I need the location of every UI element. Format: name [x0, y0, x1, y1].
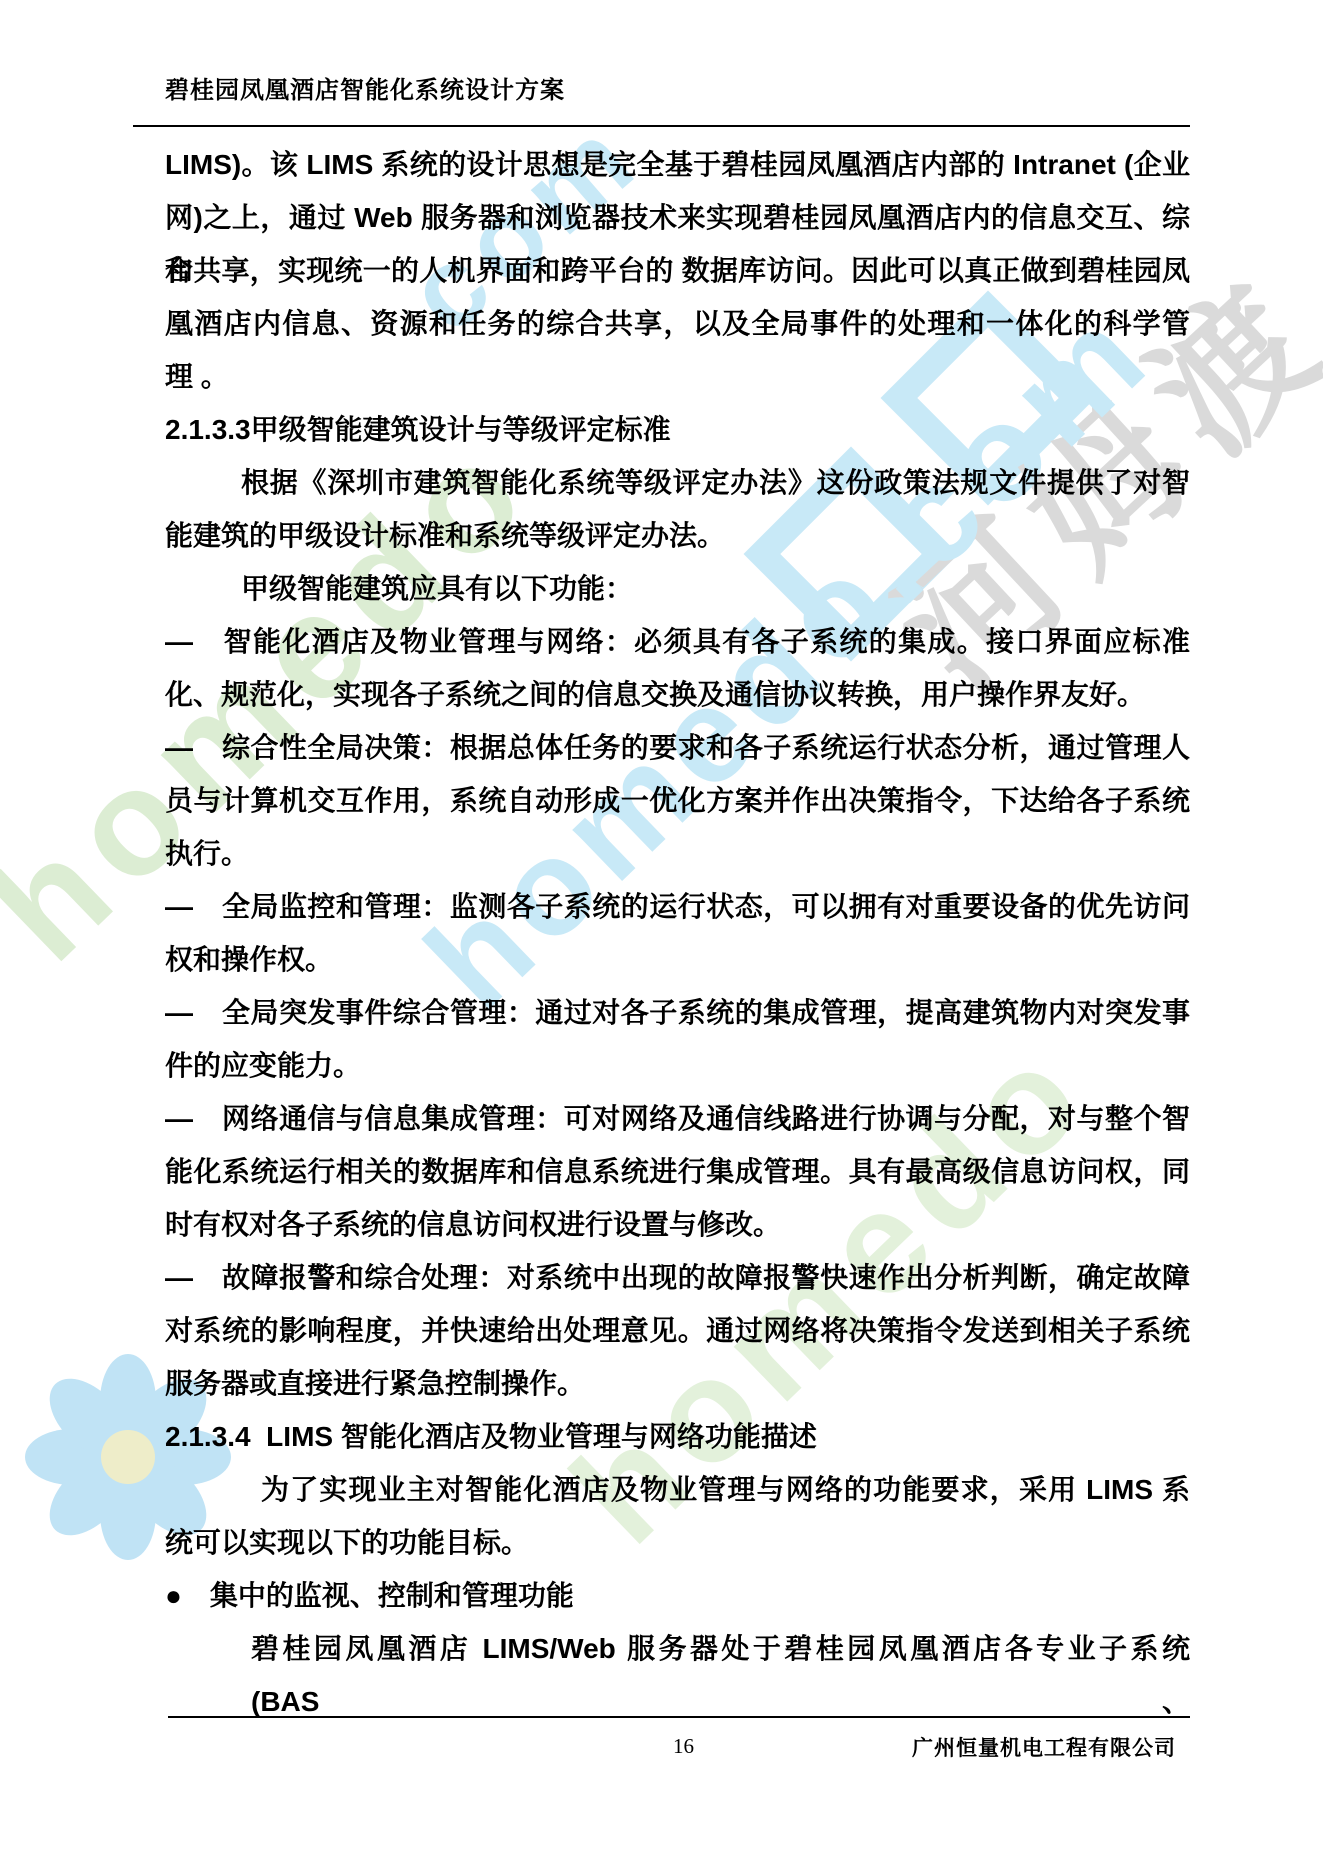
document-header: 碧桂园凤凰酒店智能化系统设计方案: [133, 70, 1190, 127]
text-line: 员与计算机交互作用，系统自动形成一优化方案并作出决策指令，下达给各子系统: [165, 774, 1190, 827]
text-line: 对系统的影响程度，并快速给出处理意见。通过网络将决策指令发送到相关子系统: [165, 1304, 1190, 1357]
document-page: com 河姆渡 homedo homedo.com homedo 碧桂园凤凰酒店…: [0, 0, 1323, 1871]
text-line: 执行。: [165, 827, 1190, 880]
text-line: LIMS)。该 LIMS 系统的设计思想是完全基于碧桂园凤凰酒店内部的 Intr…: [165, 138, 1190, 191]
text-line: 能建筑的甲级设计标准和系统等级评定办法。: [165, 509, 1190, 562]
document-footer: 16 广州恒量机电工程有限公司: [168, 1716, 1190, 1788]
dash-list-item: — 故障报警和综合处理：对系统中出现的故障报警快速作出分析判断，确定故障: [165, 1251, 1190, 1304]
section-heading-2-1-3-3: 2.1.3.3甲级智能建筑设计与等级评定标准: [165, 403, 1190, 456]
bullet-list-item: ● 集中的监视、控制和管理功能: [165, 1569, 1190, 1622]
flower-center: [101, 1430, 155, 1484]
text-line: 和共享，实现统一的人机界面和跨平台的 数据库访问。因此可以真正做到碧桂园凤: [165, 244, 1190, 297]
text-line: 甲级智能建筑应具有以下功能：: [165, 562, 1190, 615]
header-title: 碧桂园凤凰酒店智能化系统设计方案: [165, 70, 1190, 105]
text-line: 理 。: [165, 350, 1190, 403]
document-body: LIMS)。该 LIMS 系统的设计思想是完全基于碧桂园凤凰酒店内部的 Intr…: [165, 138, 1190, 1675]
dash-list-item: — 全局突发事件综合管理：通过对各子系统的集成管理，提高建筑物内对突发事: [165, 986, 1190, 1039]
dash-list-item: — 网络通信与信息集成管理：可对网络及通信线路进行协调与分配，对与整个智: [165, 1092, 1190, 1145]
text-line: 网)之上，通过 Web 服务器和浏览器技术来实现碧桂园凤凰酒店内的信息交互、综合: [165, 191, 1190, 244]
dash-list-item: — 智能化酒店及物业管理与网络：必须具有各子系统的集成。接口界面应标准: [165, 615, 1190, 668]
text-line: 时有权对各子系统的信息访问权进行设置与修改。: [165, 1198, 1190, 1251]
text-line: 统可以实现以下的功能目标。: [165, 1516, 1190, 1569]
page-number: 16: [673, 1734, 694, 1759]
footer-company: 广州恒量机电工程有限公司: [912, 1732, 1176, 1762]
text-line: 根据《深圳市建筑智能化系统等级评定办法》这份政策法规文件提供了对智: [165, 456, 1190, 509]
text-line: 为了实现业主对智能化酒店及物业管理与网络的功能要求，采用 LIMS 系: [165, 1463, 1190, 1516]
text-line: 服务器或直接进行紧急控制操作。: [165, 1357, 1190, 1410]
text-line: 碧桂园凤凰酒店 LIMS/Web 服务器处于碧桂园凤凰酒店各专业子系统(BAS、: [165, 1622, 1190, 1675]
text-line: 凰酒店内信息、资源和任务的综合共享，以及全局事件的处理和一体化的科学管: [165, 297, 1190, 350]
section-heading-2-1-3-4: 2.1.3.4 LIMS 智能化酒店及物业管理与网络功能描述: [165, 1410, 1190, 1463]
text-line: 权和操作权。: [165, 933, 1190, 986]
dash-list-item: — 全局监控和管理：监测各子系统的运行状态，可以拥有对重要设备的优先访问: [165, 880, 1190, 933]
text-line: 能化系统运行相关的数据库和信息系统进行集成管理。具有最高级信息访问权，同: [165, 1145, 1190, 1198]
text-line: 件的应变能力。: [165, 1039, 1190, 1092]
dash-list-item: — 综合性全局决策：根据总体任务的要求和各子系统运行状态分析，通过管理人: [165, 721, 1190, 774]
text-line: 化、规范化，实现各子系统之间的信息交换及通信协议转换，用户操作界友好。: [165, 668, 1190, 721]
